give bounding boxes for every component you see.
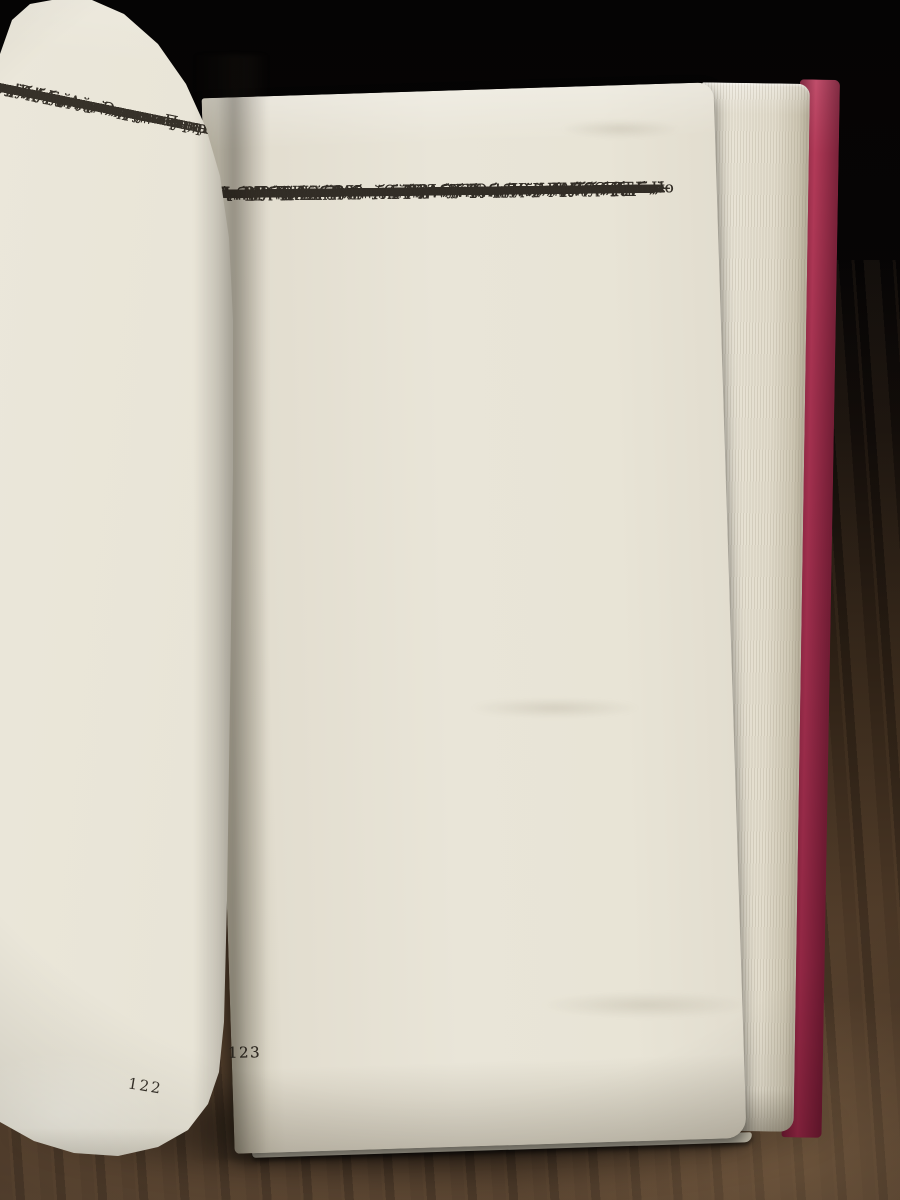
book-photo: Сколько раз я ему говорил: «Коля! Язык т…: [0, 0, 900, 1200]
left-page-number: 122: [127, 1074, 164, 1097]
gutter-shadow: [194, 55, 268, 1160]
text-line: яга, веселый, голова есть...: [0, 35, 24, 101]
show-through-smudge: [470, 698, 640, 718]
right-page-number-layer: 123: [217, 178, 697, 1035]
show-through-smudge: [540, 992, 750, 1018]
show-through-smudge: [560, 120, 680, 138]
